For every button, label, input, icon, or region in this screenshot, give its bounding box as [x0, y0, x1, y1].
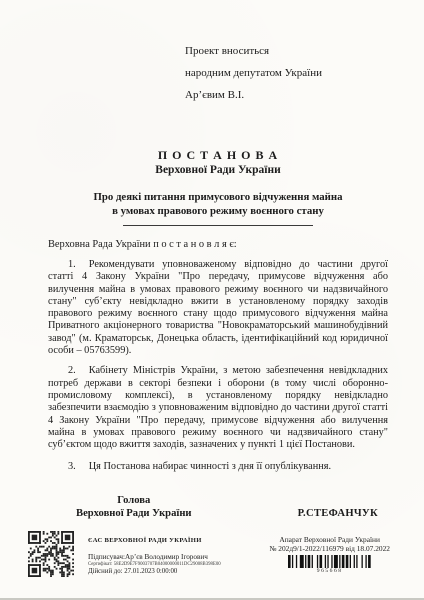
document-page: Проект вноситься народним депутатом Укра… — [0, 0, 424, 600]
qr-code-icon — [28, 531, 74, 577]
footer-stamps: ЄАС ВЕРХОВНОЇ РАДИ УКРАЇНИ Підписувач:Ар… — [28, 531, 388, 577]
validity-line: Дійсний до: 27.01.2023 0:00:00 — [88, 568, 221, 575]
paragraph: 2.Кабінету Міністрів України, з метою за… — [48, 365, 388, 451]
signature-position: Голова Верховної Ради України — [76, 494, 192, 520]
signature-block: Голова Верховної Ради України Р.СТЕФАНЧУ… — [48, 494, 388, 520]
signature-position-line: Верховної Ради України — [76, 507, 192, 520]
intro-line: народним депутатом України — [185, 62, 388, 84]
title-block: П О С Т А Н О В А Верховної Ради України — [48, 148, 388, 178]
barcode-icon — [288, 555, 372, 568]
decree-org: Верховної Ради України — [48, 163, 388, 178]
decree-title: П О С Т А Н О В А — [48, 148, 388, 163]
enacting-clause: Верховна Рада України п о с т а н о в л … — [48, 238, 388, 251]
intro-line: Ар’євим В.І. — [185, 84, 388, 106]
paragraph-number: 3. — [68, 461, 76, 472]
certificate-line: Сертифікат: 58E2D9E7F9003707B04000000011… — [88, 562, 221, 567]
subject-block: Про деякі питання примусового відчуження… — [48, 190, 388, 218]
stamp-org-line: Апарат Верховної Ради України — [269, 535, 390, 544]
paragraph-number: 2. — [68, 365, 76, 376]
eas-stamp: ЄАС ВЕРХОВНОЇ РАДИ УКРАЇНИ Підписувач:Ар… — [28, 531, 221, 577]
title-rule — [123, 225, 313, 226]
paragraph: 3.Ця Постанова набирає чинності з дня її… — [48, 461, 388, 473]
eas-system-label: ЄАС ВЕРХОВНОЇ РАДИ УКРАЇНИ — [88, 537, 221, 544]
signer-line: Підписувач:Ар’єв Володимир Ігорович — [88, 553, 221, 561]
subject-line: Про деякі питання примусового відчуження… — [48, 190, 388, 204]
eas-stamp-text: ЄАС ВЕРХОВНОЇ РАДИ УКРАЇНИ Підписувач:Ар… — [88, 531, 221, 576]
paragraph: 1.Рекомендувати уповноваженому відповідн… — [48, 259, 388, 357]
barcode-number: 965668 — [269, 568, 390, 574]
intro-block: Проект вноситься народним депутатом Укра… — [185, 40, 388, 106]
signature-position-line: Голова — [76, 494, 192, 507]
registration-stamp: Апарат Верховної Ради України № 202д9/1-… — [269, 531, 390, 574]
intro-line: Проект вноситься — [185, 40, 388, 62]
signer-name: Р.СТЕФАНЧУК — [298, 507, 378, 520]
subject-line: в умовах правового режиму воєнного стану — [48, 204, 388, 218]
paragraph-text: Ця Постанова набирає чинності з дня її о… — [89, 461, 331, 472]
paragraph-text: Рекомендувати уповноваженому відповідно … — [48, 259, 388, 356]
paragraph-number: 1. — [68, 259, 76, 270]
stamp-number-line: № 202д9/1-2022/116979 від 18.07.2022 — [269, 544, 390, 553]
paragraph-text: Кабінету Міністрів України, з метою забе… — [48, 365, 388, 450]
